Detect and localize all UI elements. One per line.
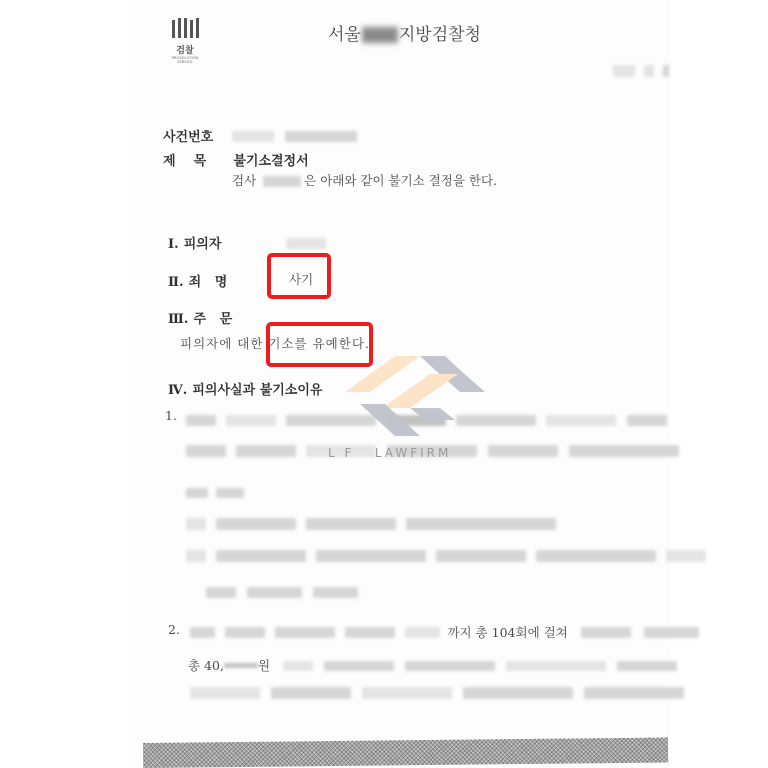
redacted-text-line: [206, 582, 358, 601]
amount-suffix: 원: [258, 658, 270, 673]
item-1-number: 1.: [165, 408, 177, 423]
highlight-box-charge: [267, 253, 331, 299]
intro-prefix: 검사: [232, 173, 256, 188]
section-numeral: Ⅲ.: [168, 312, 188, 327]
section-label: 죄 명: [189, 275, 228, 290]
redacted-case-number: [232, 131, 274, 142]
prosecutor-office-title: 서울지방검찰청: [328, 20, 481, 45]
amount-prefix: 총 40,: [188, 658, 224, 673]
section-label: 주 문: [193, 312, 232, 327]
redacted-office-name: [362, 27, 398, 43]
section-label: 피의사실과 불기소이유: [192, 383, 322, 398]
office-suffix: 지방검찰청: [399, 25, 481, 45]
redacted-prosecutor-name: [263, 176, 301, 187]
logo-subtitle: PROSECUTION SERVICE: [165, 56, 205, 64]
section-numeral: Ⅳ.: [168, 383, 187, 398]
case-number-label: 사건번호: [163, 130, 213, 145]
redacted-case-number: [285, 131, 357, 142]
watermark-text: L F LAWFIRM: [328, 446, 451, 460]
section-numeral: Ⅱ.: [168, 275, 183, 290]
section-facts-reasons: Ⅳ. 피의사실과 불기소이유: [168, 379, 322, 398]
logo-title: 검찰: [165, 43, 205, 56]
lawfirm-watermark-logo-icon: [340, 356, 490, 436]
item-2-line-2: 총 40,원: [188, 655, 677, 674]
section-label: 피의자: [184, 237, 222, 252]
subject-label: 제 목: [163, 154, 206, 169]
item-2-line-3: [190, 682, 684, 701]
logo-bars-icon: [165, 18, 205, 38]
redacted-text-line: [186, 513, 556, 532]
section-disposition: Ⅲ. 주 문: [168, 308, 232, 327]
intro-suffix: 은 아래와 같이 불기소 결정을 한다.: [304, 173, 497, 188]
case-number-row: 사건번호: [163, 126, 357, 145]
redacted-date: [613, 60, 669, 79]
redacted-text-line: [186, 482, 244, 501]
subject-row: 제 목 불기소결정서: [163, 150, 309, 169]
redacted-suspect-name: [286, 238, 326, 249]
subject-value: 불기소결정서: [233, 154, 308, 169]
section-charge: Ⅱ. 죄 명: [168, 271, 227, 290]
section-suspect: Ⅰ. 피의자: [168, 233, 326, 252]
prosecution-service-logo: 검찰 PROSECUTION SERVICE: [165, 18, 205, 66]
office-prefix: 서울: [328, 25, 361, 45]
section-numeral: Ⅰ.: [168, 237, 179, 252]
item-2-line-1: 까지 총 104회에 걸쳐: [190, 622, 699, 641]
intro-sentence: 검사 은 아래와 같이 불기소 결정을 한다.: [232, 171, 497, 189]
item-2-number: 2.: [168, 622, 180, 637]
redacted-text-line: [186, 545, 706, 564]
item-2-visible-text: 까지 총 104회에 걸쳐: [447, 625, 567, 640]
